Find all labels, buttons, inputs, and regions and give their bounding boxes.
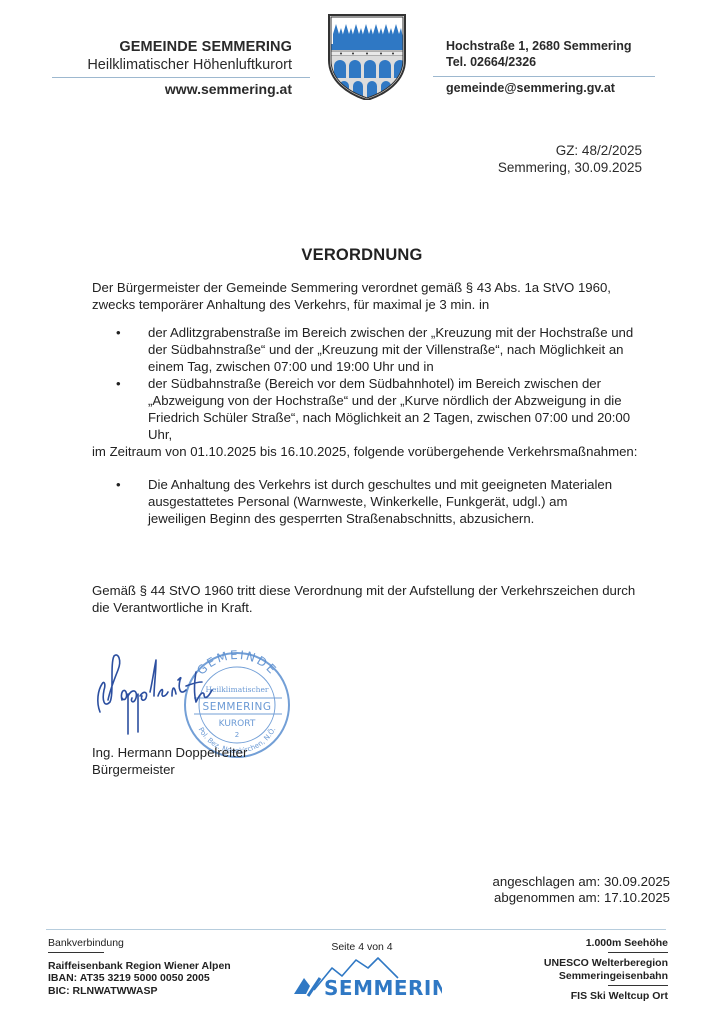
footer-separator	[608, 952, 668, 953]
list-item-text: Die Anhaltung des Verkehrs ist durch ges…	[148, 477, 612, 526]
place-date: Semmering, 30.09.2025	[498, 159, 642, 176]
letterhead-right: Hochstraße 1, 2680 Semmering Tel. 02664/…	[446, 38, 632, 70]
bullet-icon: •	[116, 375, 121, 392]
list-item: • der Adlitzgrabenstraße im Bereich zwis…	[112, 324, 652, 375]
list-item: • Die Anhaltung des Verkehrs ist durch g…	[112, 476, 622, 527]
bullet-icon: •	[116, 476, 121, 493]
bank-name: Raiffeisenbank Region Wiener Alpen	[48, 960, 231, 973]
unesco-line1: UNESCO Welterberegion	[544, 957, 668, 970]
period-paragraph: im Zeitraum von 01.10.2025 bis 16.10.202…	[92, 443, 652, 460]
fis-label: FIS Ski Weltcup Ort	[544, 990, 668, 1003]
bullet-icon: •	[116, 324, 121, 341]
municipal-coat-of-arms-icon	[327, 14, 407, 100]
document-title: VERORDNUNG	[0, 246, 724, 265]
footer-divider	[46, 929, 666, 930]
removed-date: abgenommen am: 17.10.2025	[493, 890, 670, 906]
footer-separator	[608, 985, 668, 986]
website-link[interactable]: www.semmering.at	[40, 81, 292, 97]
list-item-text: der Südbahnstraße (Bereich vor dem Südba…	[148, 376, 630, 442]
handwritten-signature-icon	[92, 650, 242, 740]
list-item-text: der Adlitzgrabenstraße im Bereich zwisch…	[148, 325, 633, 374]
phone: Tel. 02664/2326	[446, 54, 632, 70]
iban: IBAN: AT35 3219 5000 0050 2005	[48, 972, 231, 985]
footer-highlights: 1.000m Seehöhe UNESCO Welterberegion Sem…	[544, 937, 668, 1003]
header-divider-right	[433, 76, 655, 77]
bic: BIC: RLNWATWWASP	[48, 985, 231, 998]
altitude: 1.000m Seehöhe	[544, 937, 668, 950]
address: Hochstraße 1, 2680 Semmering	[446, 38, 632, 54]
intro-paragraph: Der Bürgermeister der Gemeinde Semmering…	[92, 279, 652, 313]
locations-list: • der Adlitzgrabenstraße im Bereich zwis…	[112, 324, 652, 443]
signer-role: Bürgermeister	[92, 761, 247, 778]
reference-block: GZ: 48/2/2025 Semmering, 30.09.2025	[498, 142, 642, 176]
effect-paragraph: Gemäß § 44 StVO 1960 tritt diese Verordn…	[92, 582, 652, 616]
municipality-name: GEMEINDE SEMMERING	[40, 38, 292, 56]
list-item: • der Südbahnstraße (Bereich vor dem Süd…	[112, 375, 652, 443]
file-number: GZ: 48/2/2025	[498, 142, 642, 159]
municipality-subtitle: Heilklimatischer Höhenluftkurort	[40, 56, 292, 74]
posting-dates: angeschlagen am: 30.09.2025 abgenommen a…	[493, 874, 670, 906]
signer-block: Ing. Hermann Doppelreiter Bürgermeister	[92, 744, 247, 778]
svg-text:SEMMERING: SEMMERING	[324, 976, 442, 1000]
measures-list: • Die Anhaltung des Verkehrs ist durch g…	[112, 476, 622, 527]
email-link[interactable]: gemeinde@semmering.gv.at	[446, 81, 615, 95]
signer-name: Ing. Hermann Doppelreiter	[92, 744, 247, 761]
header-divider-left	[52, 77, 310, 78]
unesco-line2: Semmeringeisenbahn	[544, 970, 668, 983]
semmering-logo-icon: SEMMERING	[292, 950, 442, 1000]
posted-date: angeschlagen am: 30.09.2025	[493, 874, 670, 890]
letterhead-left: GEMEINDE SEMMERING Heilklimatischer Höhe…	[40, 38, 292, 74]
